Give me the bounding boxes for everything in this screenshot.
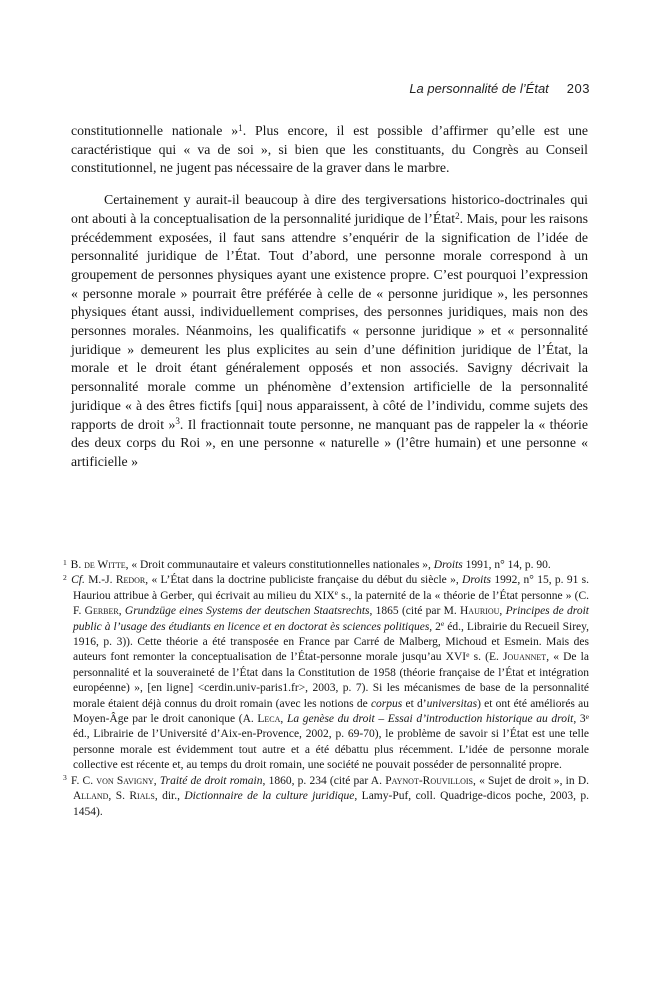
text-run: Hauriou bbox=[460, 605, 499, 617]
text-run: B. bbox=[71, 559, 84, 571]
page-number: 203 bbox=[567, 81, 590, 96]
running-header-title: La personnalité de l’État bbox=[409, 81, 548, 96]
text-run: Jouannet bbox=[503, 651, 546, 663]
text-run: , « L’État dans la doctrine publiciste f… bbox=[145, 574, 462, 586]
superscript-ref: 2 bbox=[455, 211, 460, 221]
text-run: . Mais, pour les raisons précédemment ex… bbox=[71, 211, 588, 432]
text-run: Droits bbox=[462, 574, 491, 586]
text-run: Paynot-Rouvillois bbox=[385, 775, 473, 787]
text-run: Alland bbox=[73, 790, 108, 802]
superscript-ref: e bbox=[466, 650, 469, 659]
footnote: 2 Cf. M.-J. Redor, « L’État dans la doct… bbox=[63, 573, 589, 773]
text-run: Traité de droit romain bbox=[160, 775, 263, 787]
text-run: éd., Librairie de l’Université d’Aix-en-… bbox=[73, 728, 589, 771]
text-run: Rials bbox=[129, 790, 154, 802]
text-run: , 2 bbox=[429, 621, 441, 633]
footnote-marker: 1 bbox=[63, 558, 67, 567]
footnote: 1 B. de Witte, « Droit communautaire et … bbox=[63, 558, 589, 573]
text-run: s. (E. bbox=[470, 651, 504, 663]
text-run: , S. bbox=[108, 790, 129, 802]
paragraph: Certainement y aurait-il beaucoup à dire… bbox=[71, 191, 588, 472]
text-run: 1991, n° 14, p. 90. bbox=[463, 559, 551, 571]
text-run: , dir., bbox=[155, 790, 185, 802]
superscript-ref: e bbox=[335, 588, 338, 597]
text-run: corpus bbox=[371, 698, 402, 710]
text-run: Redor bbox=[116, 574, 145, 586]
text-run: , 3 bbox=[573, 713, 585, 725]
superscript-ref: e bbox=[441, 619, 444, 628]
text-run: constitutionnelle nationale » bbox=[71, 123, 238, 138]
superscript-ref: 3 bbox=[175, 416, 180, 426]
text-run: Droits bbox=[434, 559, 463, 571]
text-run: , « Droit communautaire et valeurs const… bbox=[126, 559, 434, 571]
footnotes: 1 B. de Witte, « Droit communautaire et … bbox=[63, 558, 589, 820]
text-run: , 1865 (cité par M. bbox=[370, 605, 460, 617]
running-header: La personnalité de l’État 203 bbox=[71, 81, 590, 96]
text-run: de Witte bbox=[84, 559, 126, 571]
footnote: 3 F. C. von Savigny, Traité de droit rom… bbox=[63, 774, 589, 820]
text-run: M.-J. bbox=[85, 574, 116, 586]
text-run: Gerber bbox=[85, 605, 119, 617]
text-run: Grundzüge eines Systems der deutschen St… bbox=[125, 605, 370, 617]
footnote-marker: 3 bbox=[63, 773, 67, 782]
text-run: Cf. bbox=[71, 574, 85, 586]
text-run: et d’ bbox=[402, 698, 426, 710]
footnote-marker: 2 bbox=[63, 573, 67, 582]
superscript-ref: e bbox=[586, 712, 589, 721]
paragraph: constitutionnelle nationale »1. Plus enc… bbox=[71, 122, 588, 178]
text-run: , 1860, p. 234 (cité par A. bbox=[263, 775, 386, 787]
document-page: La personnalité de l’État 203 constituti… bbox=[0, 0, 650, 1007]
text-run: Leca bbox=[257, 713, 280, 725]
text-run: F. C. bbox=[71, 775, 96, 787]
superscript-ref: 1 bbox=[238, 123, 243, 133]
body-text: constitutionnelle nationale »1. Plus enc… bbox=[71, 122, 588, 472]
text-run: universitas bbox=[427, 698, 477, 710]
text-run: von Savigny bbox=[96, 775, 153, 787]
text-run: , « Sujet de droit », in D. bbox=[473, 775, 589, 787]
text-run: Dictionnaire de la culture juridique bbox=[184, 790, 354, 802]
text-run: La genèse du droit – Essai d’introductio… bbox=[287, 713, 573, 725]
